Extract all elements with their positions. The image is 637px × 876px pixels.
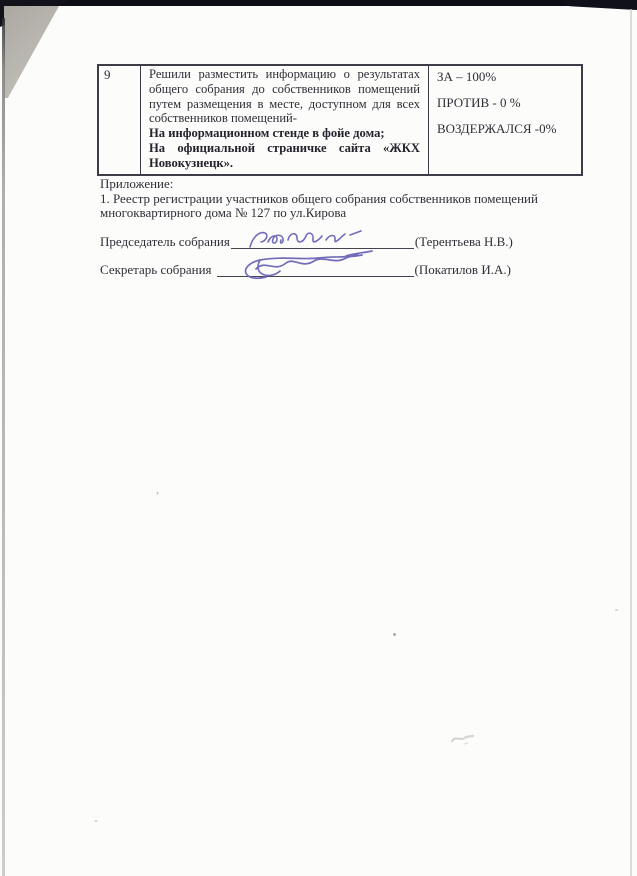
signature-row-chairman: Председатель собрания (Терентьева Н.В.) xyxy=(100,234,513,249)
speck-artifact xyxy=(615,609,618,611)
appendix-item: 1. Реестр регистрации участников общего … xyxy=(100,192,576,221)
decision-bold-line-1: На информационном стенде в фойе дома; xyxy=(149,126,420,141)
page-left-edge-shadow xyxy=(2,18,5,876)
document-page: 9 Решили разместить информацию о результ… xyxy=(0,0,637,876)
decision-cell: Решили разместить информацию о результат… xyxy=(141,66,429,174)
speck-artifact xyxy=(95,820,97,822)
appendix-title: Приложение: xyxy=(100,177,576,192)
secretary-signature-line xyxy=(217,262,414,277)
chairman-signature-line xyxy=(231,234,414,249)
speck-artifact xyxy=(393,633,396,636)
decision-table: 9 Решили разместить информацию о результ… xyxy=(97,64,583,176)
decision-text: Решили разместить информацию о результат… xyxy=(149,67,420,126)
signature-row-secretary: Секретарь собрания (Покатилов И.А.) xyxy=(100,262,511,277)
row-number-cell: 9 xyxy=(99,66,141,174)
decision-bold-line-2: На официальной страничке сайта «ЖКХ Ново… xyxy=(149,141,420,171)
vote-za: ЗА – 100% xyxy=(437,68,573,85)
secretary-name: (Покатилов И.А.) xyxy=(415,262,511,277)
chairman-label: Председатель собрания xyxy=(100,234,230,249)
appendix-block: Приложение: 1. Реестр регистрации участн… xyxy=(100,177,576,221)
vote-vozderzhalsya: ВОЗДЕРЖАЛСЯ -0% xyxy=(437,120,573,137)
scanner-top-band xyxy=(0,0,637,6)
page-right-edge-shadow xyxy=(630,9,632,876)
secretary-label: Секретарь собрания xyxy=(100,262,212,277)
chairman-name: (Терентьева Н.В.) xyxy=(415,234,513,249)
votes-cell: ЗА – 100% ПРОТИВ - 0 % ВОЗДЕРЖАЛСЯ -0% xyxy=(429,66,581,174)
page-corner-fold xyxy=(4,6,59,98)
scanner-top-band-right xyxy=(559,0,637,10)
stray-comma-artifact: , xyxy=(156,482,159,497)
vote-protiv: ПРОТИВ - 0 % xyxy=(437,94,573,111)
smudge-artifact xyxy=(450,732,476,746)
